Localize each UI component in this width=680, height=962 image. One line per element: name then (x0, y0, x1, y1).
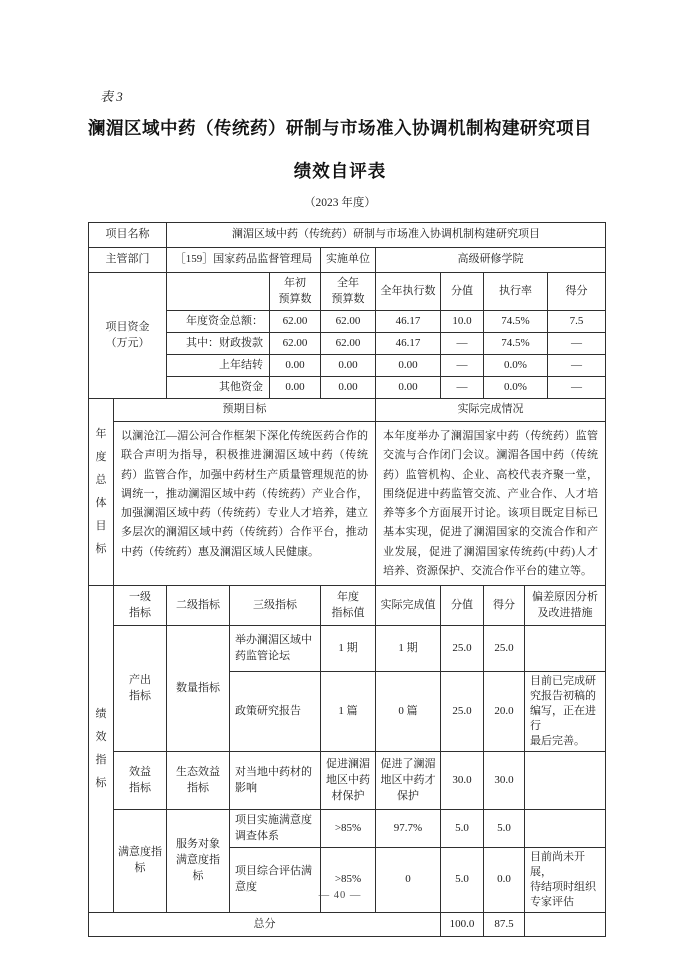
implementing-unit-value: 高级研修学院 (376, 248, 606, 273)
perf-target: 促进澜湄 地区中药 材保护 (321, 752, 376, 810)
perf-score: 5.0 (441, 848, 484, 913)
goal-actual-header: 实际完成情况 (376, 399, 606, 422)
perf-header-actual: 实际完成值 (376, 586, 441, 626)
perf-l1-output: 产出 指标 (114, 626, 167, 752)
perf-l3: 项目综合评估满 意度 (230, 848, 321, 913)
perf-l3: 政策研究报告 (230, 672, 321, 752)
fund-value: 7.5 (548, 311, 606, 333)
row-goal-header: 年 度 总 体 目 标 预期目标 实际完成情况 (89, 399, 606, 422)
perf-deviation (525, 626, 606, 672)
perf-header-l3: 三级指标 (230, 586, 321, 626)
funds-header-rate: 执行率 (484, 273, 548, 311)
perf-l2-quantity: 数量指标 (167, 626, 230, 752)
row-funds-fiscal: 其中：财政拨款 62.00 62.00 46.17 — 74.5% — (89, 333, 606, 355)
perf-header-got: 得分 (484, 586, 525, 626)
project-name-value: 澜湄区域中药（传统药）研制与市场准入协调机制构建研究项目 (167, 223, 606, 248)
fund-value: 10.0 (441, 311, 484, 333)
perf-l3: 举办澜湄区域中 药监管论坛 (230, 626, 321, 672)
fund-value: 0.00 (270, 377, 321, 399)
row-funds-other: 其他资金 0.00 0.00 0.00 — 0.0% — (89, 377, 606, 399)
row-perf-forum: 产出 指标 数量指标 举办澜湄区域中 药监管论坛 1 期 1 期 25.0 25… (89, 626, 606, 672)
fund-value: — (548, 333, 606, 355)
perf-got: 0.0 (484, 848, 525, 913)
fund-row-name: 上年结转 (167, 355, 270, 377)
funds-header-got: 得分 (548, 273, 606, 311)
fund-value: 0.00 (376, 377, 441, 399)
document-page: 表 3 澜湄区域中药（传统药）研制与市场准入协调机制构建研究项目 绩效自评表 （… (0, 0, 680, 962)
funds-header-budget-begin: 年初 预算数 (270, 273, 321, 311)
perf-deviation: 目前已完成研 究报告初稿的 编写，正在进行 最后完善。 (525, 672, 606, 752)
perf-target: >85% (321, 810, 376, 848)
implementing-unit-label: 实施单位 (321, 248, 376, 273)
goal-expected-header: 预期目标 (114, 399, 376, 422)
total-empty-cell (525, 913, 606, 937)
fund-value: 0.0% (484, 377, 548, 399)
perf-actual: 97.7% (376, 810, 441, 848)
document-title-line2: 绩效自评表 (0, 158, 680, 183)
perf-l2-eco: 生态效益 指标 (167, 752, 230, 810)
perf-deviation (525, 752, 606, 810)
row-goal-body: 以澜沧江—湄公河合作框架下深化传统医药合作的联合声明为指导，积极推进澜湄区域中药… (89, 422, 606, 586)
fund-value: 0.00 (270, 355, 321, 377)
perf-header-score: 分值 (441, 586, 484, 626)
total-score-value: 100.0 (441, 913, 484, 937)
row-funds-header: 项目资金 （万元） 年初 预算数 全年 预算数 全年执行数 分值 执行率 得分 (89, 273, 606, 311)
perf-header-l2: 二级指标 (167, 586, 230, 626)
row-department: 主管部门 ［159］国家药品监督管理局 实施单位 高级研修学院 (89, 248, 606, 273)
fund-value: 0.00 (321, 355, 376, 377)
perf-target: 1 期 (321, 626, 376, 672)
fund-value: 74.5% (484, 333, 548, 355)
page-number: — 40 — (0, 890, 680, 901)
row-funds-total: 年度资金总额： 62.00 62.00 46.17 10.0 74.5% 7.5 (89, 311, 606, 333)
fund-value: 62.00 (270, 333, 321, 355)
fund-row-name: 其他资金 (167, 377, 270, 399)
row-project-name: 项目名称 澜湄区域中药（传统药）研制与市场准入协调机制构建研究项目 (89, 223, 606, 248)
fund-value: 74.5% (484, 311, 548, 333)
perf-actual: 0 (376, 848, 441, 913)
row-performance-header: 绩 效 指 标 一级 指标 二级指标 三级指标 年度 指标值 实际完成值 分值 … (89, 586, 606, 626)
funds-empty-header-cell (167, 273, 270, 311)
fund-value: 62.00 (321, 311, 376, 333)
perf-l1-benefit: 效益 指标 (114, 752, 167, 810)
fund-value: 62.00 (321, 333, 376, 355)
total-label: 总分 (89, 913, 441, 937)
perf-header-target: 年度 指标值 (321, 586, 376, 626)
perf-score: 25.0 (441, 672, 484, 752)
department-label: 主管部门 (89, 248, 167, 273)
perf-actual: 0 篇 (376, 672, 441, 752)
perf-score: 25.0 (441, 626, 484, 672)
perf-target: 1 篇 (321, 672, 376, 752)
perf-got: 5.0 (484, 810, 525, 848)
funds-header-budget-year: 全年 预算数 (321, 273, 376, 311)
annual-goal-side-label: 年 度 总 体 目 标 (89, 399, 114, 586)
perf-deviation (525, 810, 606, 848)
perf-l3: 项目实施满意度 调查体系 (230, 810, 321, 848)
row-perf-eco: 效益 指标 生态效益 指标 对当地中药材的 影响 促进澜湄 地区中药 材保护 促… (89, 752, 606, 810)
perf-got: 30.0 (484, 752, 525, 810)
fund-value: — (441, 333, 484, 355)
document-subtitle-year: （2023 年度） (0, 194, 680, 210)
document-title-line1: 澜湄区域中药（传统药）研制与市场准入协调机制构建研究项目 (0, 115, 680, 140)
fund-value: — (548, 355, 606, 377)
perf-header-l1: 一级 指标 (114, 586, 167, 626)
row-perf-satisfaction-survey: 满意度指 标 服务对象 满意度指 标 项目实施满意度 调查体系 >85% 97.… (89, 810, 606, 848)
perf-score: 5.0 (441, 810, 484, 848)
fund-value: 46.17 (376, 333, 441, 355)
fund-value: 0.00 (321, 377, 376, 399)
perf-l3: 对当地中药材的 影响 (230, 752, 321, 810)
fund-value: 0.0% (484, 355, 548, 377)
funds-header-executed: 全年执行数 (376, 273, 441, 311)
perf-got: 25.0 (484, 626, 525, 672)
perf-header-deviation: 偏差原因分析 及改进措施 (525, 586, 606, 626)
goal-expected-text: 以澜沧江—湄公河合作框架下深化传统医药合作的联合声明为指导，积极推进澜湄区域中药… (114, 422, 376, 586)
perf-score: 30.0 (441, 752, 484, 810)
funds-header-score: 分值 (441, 273, 484, 311)
row-total: 总分 100.0 87.5 (89, 913, 606, 937)
fund-row-name: 其中：财政拨款 (167, 333, 270, 355)
perf-deviation: 目前尚未开展， 待结项时组织 专家评估 (525, 848, 606, 913)
department-value: ［159］国家药品监督管理局 (167, 248, 321, 273)
project-name-label: 项目名称 (89, 223, 167, 248)
fund-value: — (441, 377, 484, 399)
performance-side-label: 绩 效 指 标 (89, 586, 114, 913)
perf-actual: 促进了澜湄 地区中药才 保护 (376, 752, 441, 810)
fund-value: 62.00 (270, 311, 321, 333)
fund-row-name: 年度资金总额： (167, 311, 270, 333)
row-funds-carryover: 上年结转 0.00 0.00 0.00 — 0.0% — (89, 355, 606, 377)
goal-actual-text: 本年度举办了澜湄国家中药（传统药）监管交流与合作闭门会议。澜湄各国中药（传统药）… (376, 422, 606, 586)
funds-section-label: 项目资金 （万元） (89, 273, 167, 399)
fund-value: — (548, 377, 606, 399)
fund-value: 0.00 (376, 355, 441, 377)
fund-value: 46.17 (376, 311, 441, 333)
perf-target: >85% (321, 848, 376, 913)
table-number-label: 表 3 (100, 86, 123, 105)
fund-value: — (441, 355, 484, 377)
perf-got: 20.0 (484, 672, 525, 752)
total-got-value: 87.5 (484, 913, 525, 937)
self-evaluation-table: 项目名称 澜湄区域中药（传统药）研制与市场准入协调机制构建研究项目 主管部门 ［… (88, 222, 606, 937)
perf-actual: 1 期 (376, 626, 441, 672)
